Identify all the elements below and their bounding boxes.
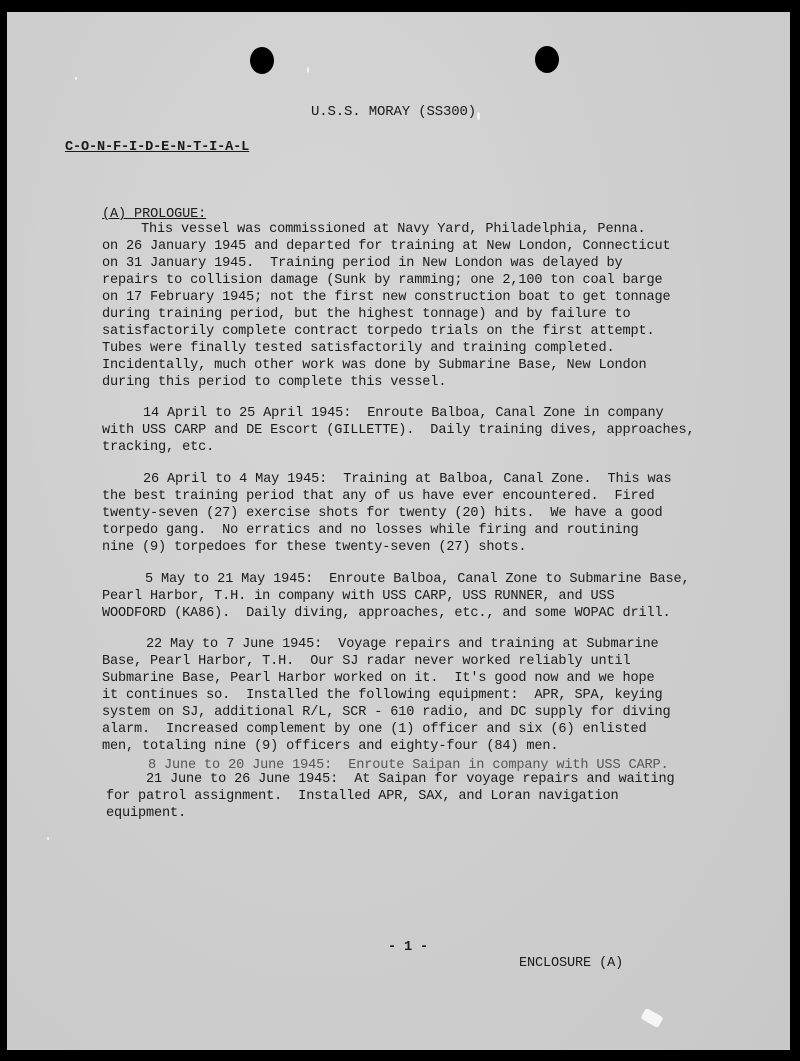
text-line: This vessel was commissioned at Navy Yar… [141,221,645,238]
text-line: 26 April to 4 May 1945: Training at Balb… [143,471,672,488]
text-line: Pearl Harbor, T.H. in company with USS C… [102,588,615,605]
page-number: - 1 - [388,939,428,956]
text-line: on 26 January 1945 and departed for trai… [102,238,671,255]
text-line: 21 June to 26 June 1945: At Saipan for v… [146,771,675,788]
text-line: with USS CARP and DE Escort (GILLETTE). … [102,422,695,439]
classification-marking: C-O-N-F-I-D-E-N-T-I-A-L [65,139,249,156]
text-line: tracking, etc. [102,439,214,456]
text-line: twenty-seven (27) exercise shots for twe… [102,505,663,522]
text-line: repairs to collision damage (Sunk by ram… [102,272,663,289]
text-line: on 31 January 1945. Training period in N… [102,255,623,272]
text-line: alarm. Increased complement by one (1) o… [102,721,647,738]
text-line: 5 May to 21 May 1945: Enroute Balboa, Ca… [145,571,690,588]
text-line: Base, Pearl Harbor, T.H. Our SJ radar ne… [102,653,631,670]
text-line: equipment. [106,805,186,822]
text-line: 22 May to 7 June 1945: Voyage repairs an… [146,636,659,653]
text-line: the best training period that any of us … [102,488,655,505]
punch-hole-left [250,47,274,74]
text-line: during training period, but the highest … [102,306,631,323]
text-line: Tubes were finally tested satisfactorily… [102,340,615,357]
document-page: U.S.S. MORAY (SS300) C-O-N-F-I-D-E-N-T-I… [7,12,790,1050]
section-heading-text: (A) PROLOGUE: [102,207,206,222]
enclosure-label: ENCLOSURE (A) [519,955,623,972]
text-line: it continues so. Installed the following… [102,687,663,704]
text-line: on 17 February 1945; not the first new c… [102,289,671,306]
text-line: during this period to complete this vess… [102,374,446,391]
punch-hole-right [535,46,559,73]
text-line: 14 April to 25 April 1945: Enroute Balbo… [143,405,664,422]
text-line: torpedo gang. No erratics and no losses … [102,522,639,539]
text-line: nine (9) torpedoes for these twenty-seve… [102,539,526,556]
text-line: Incidentally, much other work was done b… [102,357,647,374]
text-line: for patrol assignment. Installed APR, SA… [106,788,619,805]
text-line: Submarine Base, Pearl Harbor worked on i… [102,670,655,687]
text-line: satisfactorily complete contract torpedo… [102,323,655,340]
text-line: WOODFORD (KA86). Daily diving, approache… [102,605,671,622]
text-line: system on SJ, additional R/L, SCR - 610 … [102,704,671,721]
text-line: men, totaling nine (9) officers and eigh… [102,738,558,755]
ship-title: U.S.S. MORAY (SS300) [311,104,476,121]
